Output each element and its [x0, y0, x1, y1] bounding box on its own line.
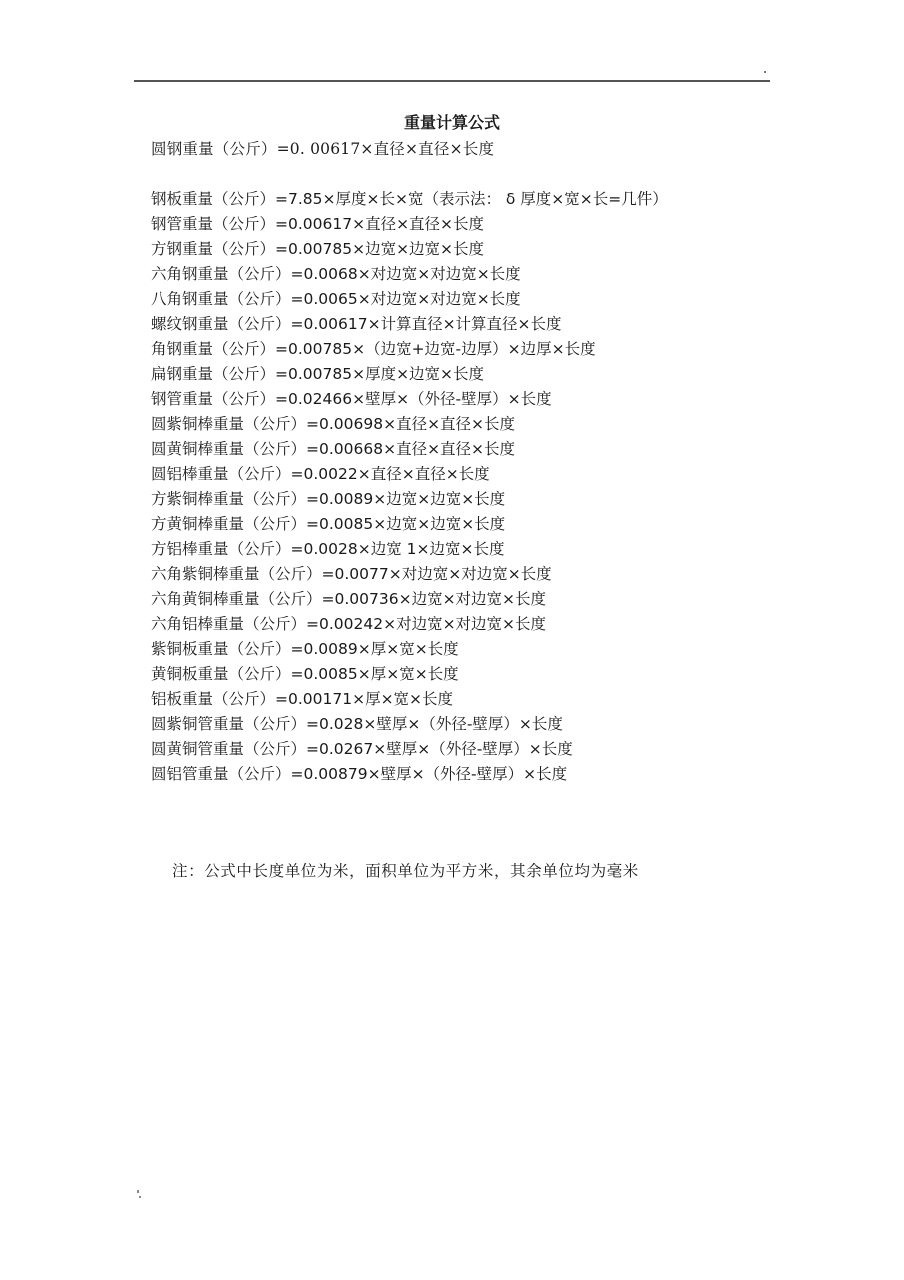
footer-mark — [137, 1190, 143, 1198]
formula-item: 紫铜板重量（公斤）=0.0089×厚×宽×长度 — [151, 637, 668, 662]
formula-item: 六角钢重量（公斤）=0.0068×对边宽×对边宽×长度 — [151, 262, 668, 287]
formula-item: 六角紫铜棒重量（公斤）=0.0077×对边宽×对边宽×长度 — [151, 562, 668, 587]
formula-list: 钢板重量（公斤）=7.85×厚度×长×宽（表示法： δ 厚度×宽×长=几件） 钢… — [151, 187, 668, 787]
formula-item: 八角钢重量（公斤）=0.0065×对边宽×对边宽×长度 — [151, 287, 668, 312]
formula-item: 方黄铜棒重量（公斤）=0.0085×边宽×边宽×长度 — [151, 512, 668, 537]
formula-item: 六角铝棒重量（公斤）=0.00242×对边宽×对边宽×长度 — [151, 612, 668, 637]
formula-round-steel: 圆钢重量（公斤）=0. 00617×直径×直径×长度 — [151, 138, 494, 160]
formula-item: 圆铝棒重量（公斤）=0.0022×直径×直径×长度 — [151, 462, 668, 487]
header-mark — [764, 71, 766, 73]
formula-item: 方钢重量（公斤）=0.00785×边宽×边宽×长度 — [151, 237, 668, 262]
formula-item: 方铝棒重量（公斤）=0.0028×边宽 1×边宽×长度 — [151, 537, 668, 562]
document-title: 重量计算公式 — [404, 113, 500, 133]
header-divider — [134, 80, 770, 82]
formula-item: 圆紫铜棒重量（公斤）=0.00698×直径×直径×长度 — [151, 412, 668, 437]
formula-item: 角钢重量（公斤）=0.00785×（边宽+边宽-边厚）×边厚×长度 — [151, 337, 668, 362]
document-title-container: 重量计算公式 — [0, 113, 904, 133]
formula-item: 六角黄铜棒重量（公斤）=0.00736×边宽×对边宽×长度 — [151, 587, 668, 612]
formula-item: 扁钢重量（公斤）=0.00785×厚度×边宽×长度 — [151, 362, 668, 387]
formula-item: 黄铜板重量（公斤）=0.0085×厚×宽×长度 — [151, 662, 668, 687]
formula-item: 圆铝管重量（公斤）=0.00879×壁厚×（外径-壁厚）×长度 — [151, 762, 668, 787]
formula-item: 螺纹钢重量（公斤）=0.00617×计算直径×计算直径×长度 — [151, 312, 668, 337]
formula-item: 铝板重量（公斤）=0.00171×厚×宽×长度 — [151, 687, 668, 712]
formula-item: 方紫铜棒重量（公斤）=0.0089×边宽×边宽×长度 — [151, 487, 668, 512]
formula-item: 钢管重量（公斤）=0.02466×壁厚×（外径-壁厚）×长度 — [151, 387, 668, 412]
formula-item: 圆黄铜管重量（公斤）=0.0267×壁厚×（外径-壁厚）×长度 — [151, 737, 668, 762]
formula-item: 圆紫铜管重量（公斤）=0.028×壁厚×（外径-壁厚）×长度 — [151, 712, 668, 737]
units-note: 注：公式中长度单位为米，面积单位为平方米，其余单位均为毫米 — [172, 860, 639, 882]
formula-item: 圆黄铜棒重量（公斤）=0.00668×直径×直径×长度 — [151, 437, 668, 462]
formula-item: 钢板重量（公斤）=7.85×厚度×长×宽（表示法： δ 厚度×宽×长=几件） — [151, 187, 668, 212]
formula-item: 钢管重量（公斤）=0.00617×直径×直径×长度 — [151, 212, 668, 237]
